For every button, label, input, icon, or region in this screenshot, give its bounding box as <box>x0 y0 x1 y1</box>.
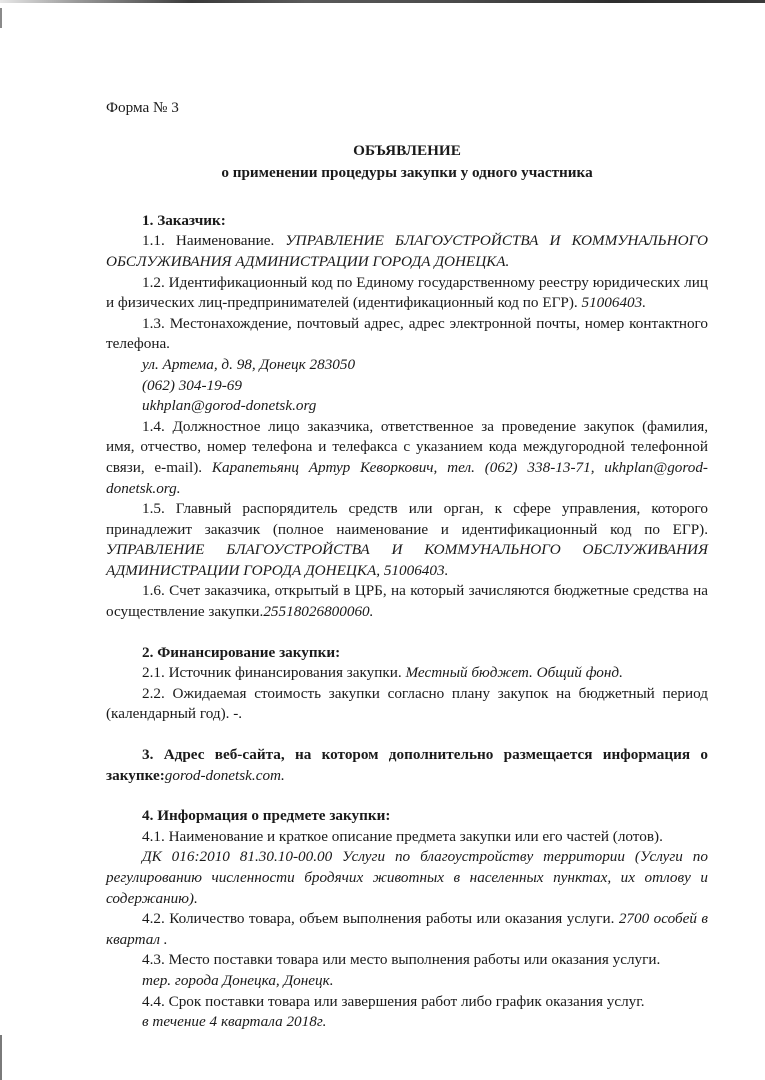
item-1-1: 1.1. Наименование. УПРАВЛЕНИЕ БЛАГОУСТРО… <box>106 231 708 272</box>
item-1-5-value: УПРАВЛЕНИЕ БЛАГОУСТРОЙСТВА И КОММУНАЛЬНО… <box>106 541 708 579</box>
item-1-2: 1.2. Идентификационный код по Единому го… <box>106 273 708 314</box>
item-4-1: 4.1. Наименование и краткое описание пре… <box>106 827 708 848</box>
item-1-6-label: 1.6. Счет заказчика, открытый в ЦРБ, на … <box>106 582 708 620</box>
item-2-1: 2.1. Источник финансирования закупки. Ме… <box>106 663 708 684</box>
item-1-5-label: 1.5. Главный распорядитель средств или о… <box>106 500 708 538</box>
scan-edge-top <box>0 0 765 3</box>
item-1-4: 1.4. Должностное лицо заказчика, ответст… <box>106 417 708 499</box>
document-title: ОБЪЯВЛЕНИЕ <box>106 141 708 162</box>
section-3: 3. Адрес веб-сайта, на котором дополните… <box>106 745 708 786</box>
document-subtitle: о применении процедуры закупки у одного … <box>106 163 708 184</box>
item-4-3: 4.3. Место поставки товара или место вып… <box>106 950 708 971</box>
item-1-1-label: 1.1. Наименование. <box>142 232 285 249</box>
section-4-heading: 4. Информация о предмете закупки: <box>142 806 708 827</box>
item-2-2-value: -. <box>233 705 242 722</box>
website-link: gorod-donetsk.com. <box>165 767 285 784</box>
item-1-2-value: 51006403. <box>581 294 646 311</box>
item-2-1-label: 2.1. Источник финансирования закупки. <box>142 664 406 681</box>
form-number: Форма № 3 <box>106 98 708 119</box>
document-page: Форма № 3 ОБЪЯВЛЕНИЕ о применении процед… <box>106 98 708 1033</box>
customer-email: ukhplan@gorod-donetsk.org <box>142 396 708 417</box>
item-1-6: 1.6. Счет заказчика, открытый в ЦРБ, на … <box>106 581 708 622</box>
item-1-6-value: 25518026800060. <box>263 603 373 620</box>
spacer <box>106 725 708 745</box>
item-1-5: 1.5. Главный распорядитель средств или о… <box>106 499 708 581</box>
item-4-2-label: 4.2. Количество товара, объем выполнения… <box>142 910 619 927</box>
item-4-1-value: ДК 016:2010 81.30.10-00.00 Услуги по бла… <box>106 847 708 909</box>
item-4-4-value: в течение 4 квартала 2018г. <box>142 1012 708 1033</box>
customer-address: ул. Артема, д. 98, Донецк 283050 <box>142 355 708 376</box>
section-1-heading: 1. Заказчик: <box>142 211 708 232</box>
item-2-2-label: 2.2. Ожидаемая стоимость закупки согласн… <box>106 685 708 723</box>
section-2-heading: 2. Финансирование закупки: <box>142 643 708 664</box>
item-2-2: 2.2. Ожидаемая стоимость закупки согласн… <box>106 684 708 725</box>
scan-edge-left-bottom <box>0 1035 2 1080</box>
item-4-4: 4.4. Срок поставки товара или завершения… <box>106 992 708 1013</box>
item-2-1-value: Местный бюджет. Общий фонд. <box>406 664 623 681</box>
item-4-2: 4.2. Количество товара, объем выполнения… <box>106 909 708 950</box>
scan-edge-left <box>0 8 2 28</box>
item-4-3-value: тер. города Донецка, Донецк. <box>142 971 708 992</box>
spacer <box>106 786 708 806</box>
item-1-3: 1.3. Местонахождение, почтовый адрес, ад… <box>106 314 708 355</box>
spacer <box>106 623 708 643</box>
customer-phone: (062) 304-19-69 <box>142 376 708 397</box>
